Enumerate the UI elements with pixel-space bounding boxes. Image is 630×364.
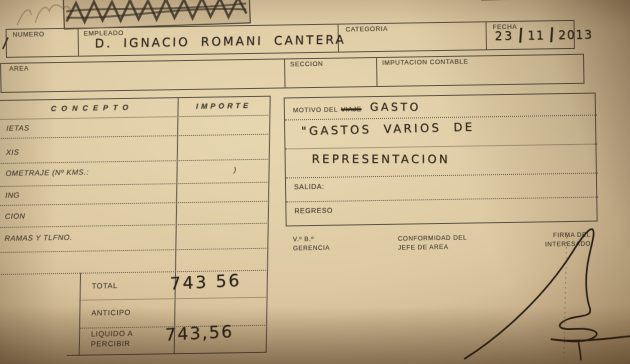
photo-of-expense-form: NUMERO / EMPLEADO D. IGNACIO ROMANI CANT… xyxy=(0,0,630,364)
handwritten-signature xyxy=(0,0,630,364)
expense-form: NUMERO / EMPLEADO D. IGNACIO ROMANI CANT… xyxy=(0,0,630,364)
